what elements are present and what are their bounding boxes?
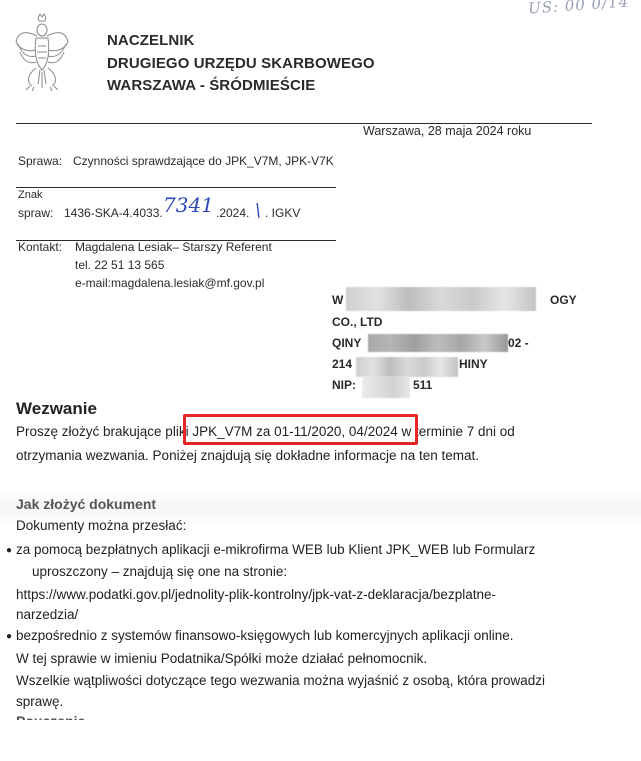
bullet-1-line-2: uproszczony – znajdują się one na stroni…: [32, 564, 287, 579]
sprawa-label: Sprawa:: [18, 154, 62, 168]
bullet-icon: ●: [6, 545, 12, 556]
kontakt-label: Kontakt:: [18, 240, 62, 254]
wezwanie-heading: Wezwanie: [16, 399, 97, 419]
cut-heading-clip: Pouczenie: [16, 713, 136, 720]
paragraph-pelnomocnik: W tej sprawie w imieniu Podatnika/Spółki…: [16, 651, 427, 666]
znak-prefix: 1436-SKA-4.4033.: [64, 206, 163, 220]
paragraph-watpliwosci-line-1: Wszelkie wątpliwości dotyczące tego wezw…: [16, 673, 545, 688]
url-line-2[interactable]: narzedzia/: [16, 607, 78, 622]
bullet-icon: ●: [6, 631, 12, 642]
bullet-1-line-1: za pomocą bezpłatnych aplikacji e-mikrof…: [16, 542, 535, 557]
wezwanie-line-1-start: Proszę złożyć brakujące pliki: [16, 424, 192, 439]
recipient-line-4-end: HINY: [459, 357, 488, 371]
polish-eagle-emblem-icon: [14, 12, 70, 92]
paragraph-watpliwosci-line-2: sprawę.: [16, 694, 63, 709]
sprawa-divider: [16, 187, 336, 188]
office-title-line-1: NACZELNIK: [107, 32, 195, 49]
kontakt-email[interactable]: e-mail:magdalena.lesiak@mf.gov.pl: [75, 276, 264, 290]
recipient-line-1-start: W: [332, 293, 343, 307]
kontakt-phone: tel. 22 51 13 565: [75, 258, 164, 272]
redaction-block: [356, 357, 458, 377]
office-title-line-2: DRUGIEGO URZĘDU SKARBOWEGO: [107, 55, 375, 72]
jak-zlozyc-intro: Dokumenty można przesłać:: [16, 518, 186, 533]
znak-handwritten-number: 7341: [163, 193, 214, 217]
recipient-line-1-end: OGY: [550, 293, 577, 307]
url-line-1[interactable]: https://www.podatki.gov.pl/jednolity-pli…: [16, 587, 496, 602]
recipient-line-4-start: 214: [332, 357, 352, 371]
office-title-line-3: WARSZAWA - ŚRÓDMIEŚCIE: [107, 77, 315, 94]
kontakt-name: Magdalena Lesiak– Starszy Referent: [75, 240, 272, 254]
znak-suffix: . IGKV: [265, 206, 300, 220]
handwritten-note: US: 00 0/14: [527, 0, 629, 18]
redaction-block: [346, 287, 536, 311]
jak-zlozyc-heading: Jak złożyć dokument: [16, 496, 156, 512]
redaction-block: [368, 334, 508, 352]
recipient-line-5-start: NIP:: [332, 378, 356, 392]
highlight-box: [183, 414, 418, 445]
redaction-block: [362, 376, 410, 398]
pouczenie-heading: Pouczenie: [16, 713, 85, 720]
recipient-line-5-end: 511: [413, 378, 432, 392]
wezwanie-line-2: otrzymania wezwania. Poniżej znajdują si…: [16, 448, 479, 463]
recipient-line-3-end: 02 -: [508, 336, 529, 350]
znak-label-line1: Znak: [18, 189, 42, 201]
sprawa-value: Czynności sprawdzające do JPK_V7M, JPK-V…: [73, 154, 334, 168]
znak-middle: .2024.: [216, 206, 249, 220]
znak-handwritten-mark: \: [255, 200, 261, 221]
recipient-line-3-start: QINY: [332, 336, 361, 350]
bullet-2: bezpośrednio z systemów finansowo-księgo…: [16, 628, 513, 643]
date-line: Warszawa, 28 maja 2024 roku: [363, 124, 531, 138]
znak-label-line2: spraw:: [18, 206, 53, 220]
recipient-line-2: CO., LTD: [332, 315, 382, 329]
